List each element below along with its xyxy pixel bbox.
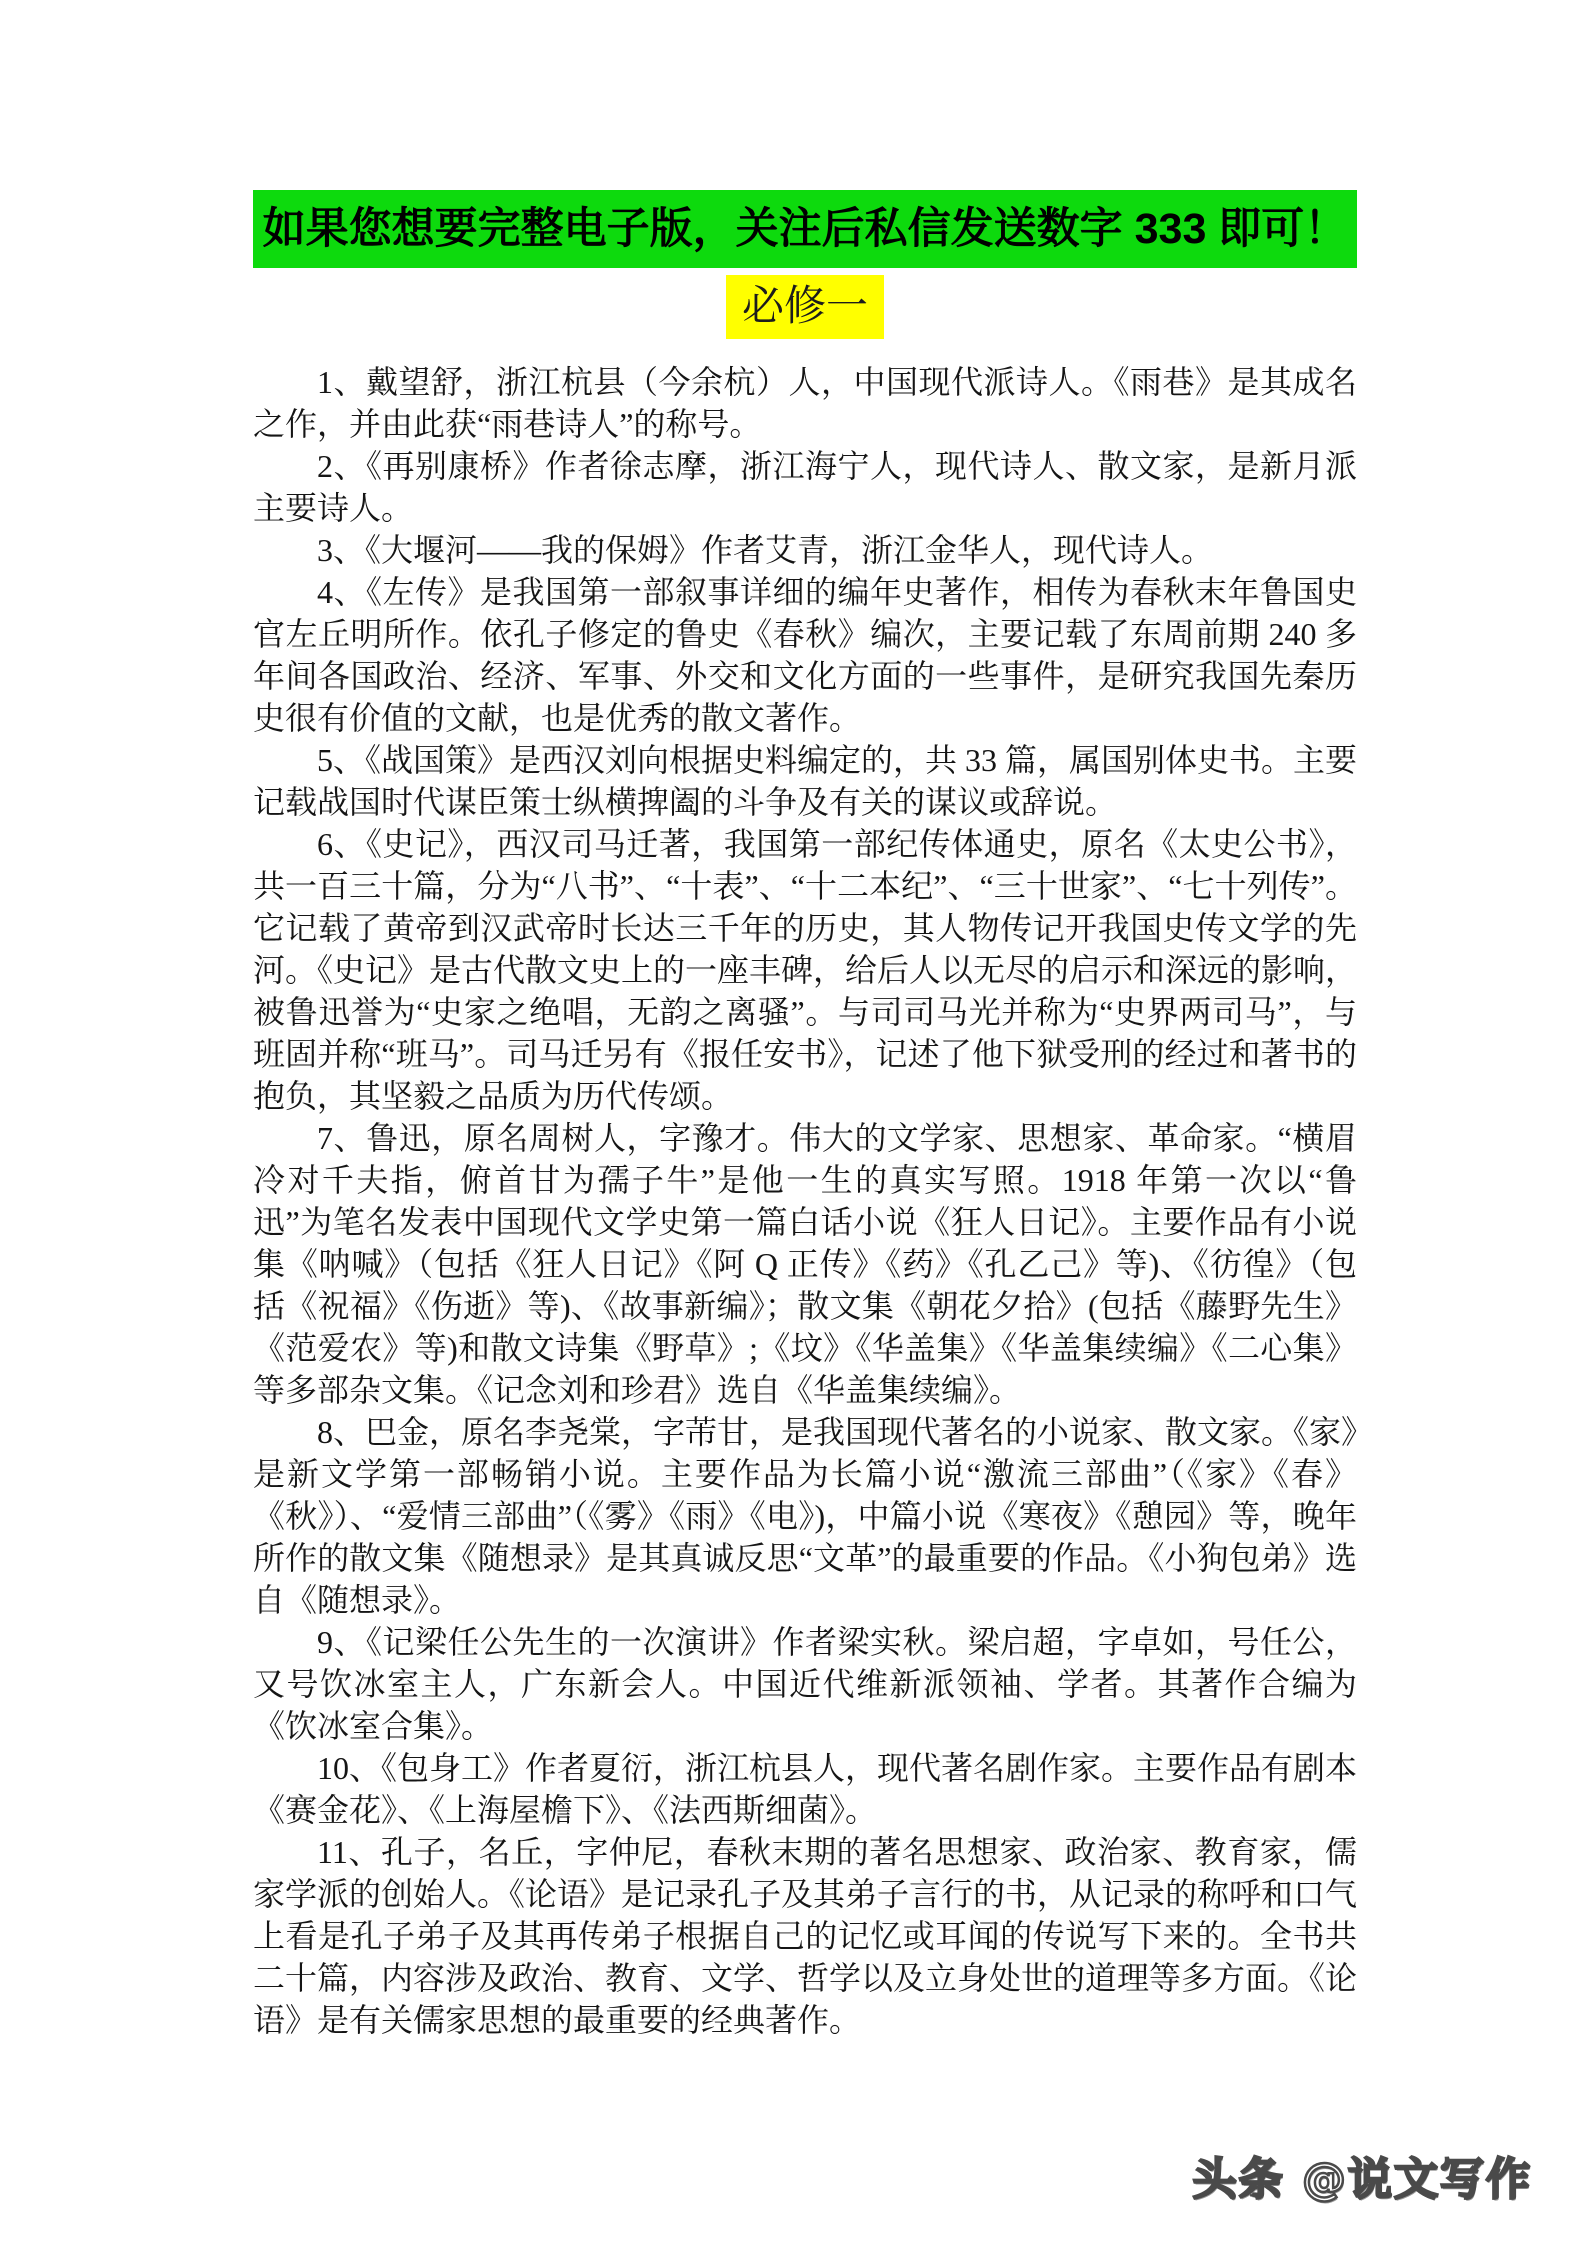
promo-banner: 如果您想要完整电子版，关注后私信发送数字 333 即可！ [253, 190, 1357, 268]
paragraph-9: 9、《记梁任公先生的一次演讲》作者梁实秋。梁启超，字卓如，号任公，又号饮冰室主人… [253, 1621, 1357, 1747]
paragraph-10: 10、《包身工》作者夏衍，浙江杭县人，现代著名剧作家。主要作品有剧本《赛金花》、… [253, 1747, 1357, 1831]
toutiao-watermark: 头条 @说文写作 [1193, 2143, 1532, 2207]
paragraph-11: 11、孔子，名丘，字仲尼，春秋末期的著名思想家、政治家、教育家，儒家学派的创始人… [253, 1831, 1357, 2041]
paragraph-1: 1、戴望舒，浙江杭县（今余杭）人，中国现代派诗人。《雨巷》是其成名之作，并由此获… [253, 361, 1357, 445]
paragraph-2: 2、《再别康桥》作者徐志摩，浙江海宁人，现代诗人、散文家，是新月派主要诗人。 [253, 445, 1357, 529]
paragraph-3: 3、《大堰河——我的保姆》作者艾青，浙江金华人，现代诗人。 [253, 529, 1357, 571]
paragraph-8: 8、巴金，原名李尧棠，字芾甘，是我国现代著名的小说家、散文家。《家》是新文学第一… [253, 1411, 1357, 1621]
document-page: 如果您想要完整电子版，关注后私信发送数字 333 即可！ 必修一 1、戴望舒，浙… [0, 0, 1587, 2245]
document-content: 如果您想要完整电子版，关注后私信发送数字 333 即可！ 必修一 1、戴望舒，浙… [253, 190, 1357, 2041]
section-title-row: 必修一 [253, 275, 1357, 339]
paragraph-7: 7、鲁迅，原名周树人，字豫才。伟大的文学家、思想家、革命家。“横眉冷对千夫指，俯… [253, 1117, 1357, 1411]
body-text: 1、戴望舒，浙江杭县（今余杭）人，中国现代派诗人。《雨巷》是其成名之作，并由此获… [253, 361, 1357, 2041]
section-title: 必修一 [726, 275, 884, 339]
paragraph-6: 6、《史记》，西汉司马迁著，我国第一部纪传体通史，原名《太史公书》，共一百三十篇… [253, 823, 1357, 1117]
paragraph-4: 4、《左传》是我国第一部叙事详细的编年史著作，相传为春秋末年鲁国史官左丘明所作。… [253, 571, 1357, 739]
paragraph-5: 5、《战国策》是西汉刘向根据史料编定的，共 33 篇，属国别体史书。主要记载战国… [253, 739, 1357, 823]
